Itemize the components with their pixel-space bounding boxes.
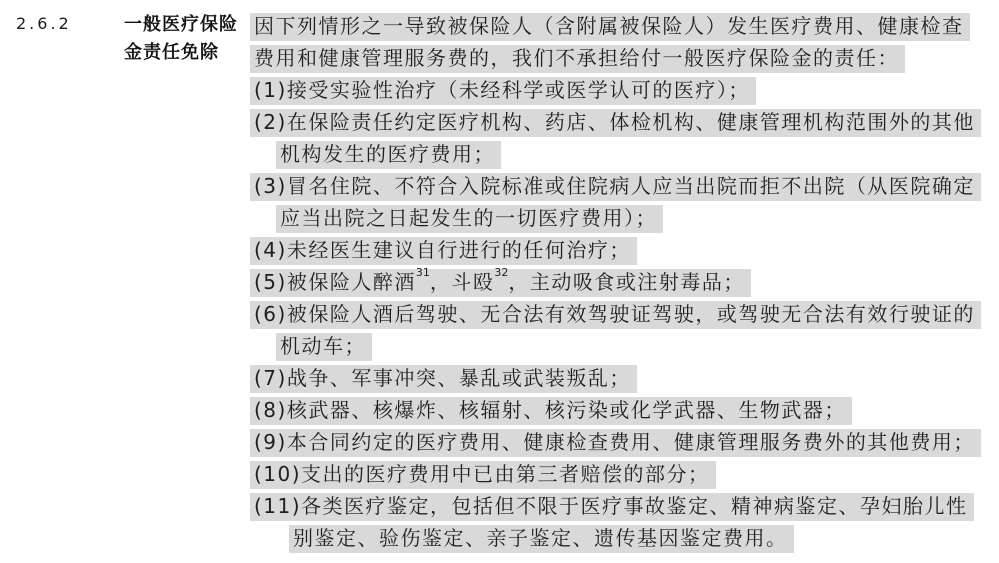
footnote-reference: 31 — [416, 266, 430, 279]
highlighted-clause-text: (5)被保险人醉酒31，斗殴32，主动吸食或注射毒品； — [250, 269, 751, 297]
body-line: 别鉴定、验伤鉴定、亲子鉴定、遗传基因鉴定费用。 — [250, 525, 995, 557]
section-title: 一般医疗保险 金责任免除 — [124, 11, 238, 67]
highlighted-clause-text: 应当出院之日起发生的一切医疗费用）； — [276, 205, 663, 233]
highlighted-clause-text: (4)未经医生建议自行进行的任何治疗； — [250, 237, 637, 265]
highlighted-clause-text: (7)战争、军事冲突、暴乱或武装叛乱； — [250, 365, 637, 393]
body-line: (4)未经医生建议自行进行的任何治疗； — [250, 237, 995, 269]
body-line: 费用和健康管理服务费的，我们不承担给付一般医疗保险金的责任： — [250, 45, 995, 77]
body-line: (6)被保险人酒后驾驶、无合法有效驾驶证驾驶，或驾驶无合法有效行驶证的 — [250, 301, 995, 333]
body-line: (1)接受实验性治疗（未经科学或医学认可的医疗）； — [250, 77, 995, 109]
highlighted-clause-text: (9)本合同约定的医疗费用、健康检查费用、健康管理服务费外的其他费用； — [250, 429, 981, 457]
section-title-line-1: 一般医疗保险 — [124, 11, 238, 39]
footnote-reference: 32 — [494, 266, 508, 279]
body-line: (10)支出的医疗费用中已由第三者赔偿的部分； — [250, 461, 995, 493]
body-line: (3)冒名住院、不符合入院标准或住院病人应当出院而拒不出院（从医院确定 — [250, 173, 995, 205]
highlighted-clause-text: (10)支出的医疗费用中已由第三者赔偿的部分； — [250, 461, 716, 489]
document-page: 2.6.2 一般医疗保险 金责任免除 因下列情形之一导致被保险人（含附属被保险人… — [0, 0, 999, 563]
clause-body: 因下列情形之一导致被保险人（含附属被保险人）发生医疗费用、健康检查费用和健康管理… — [250, 13, 995, 557]
section-title-line-2: 金责任免除 — [124, 39, 238, 67]
highlighted-clause-text: (3)冒名住院、不符合入院标准或住院病人应当出院而拒不出院（从医院确定 — [250, 173, 981, 201]
body-line: (7)战争、军事冲突、暴乱或武装叛乱； — [250, 365, 995, 397]
highlighted-clause-text: (11)各类医疗鉴定，包括但不限于医疗事故鉴定、精神病鉴定、孕妇胎儿性 — [250, 493, 974, 521]
section-number: 2.6.2 — [16, 14, 72, 33]
body-line: (9)本合同约定的医疗费用、健康检查费用、健康管理服务费外的其他费用； — [250, 429, 995, 461]
highlighted-clause-text: 机动车； — [276, 333, 372, 361]
body-line: 机构发生的医疗费用； — [250, 141, 995, 173]
body-line: 应当出院之日起发生的一切医疗费用）； — [250, 205, 995, 237]
highlighted-clause-text: 别鉴定、验伤鉴定、亲子鉴定、遗传基因鉴定费用。 — [289, 525, 794, 553]
highlighted-clause-text: (8)核武器、核爆炸、核辐射、核污染或化学武器、生物武器； — [250, 397, 852, 425]
body-line: (5)被保险人醉酒31，斗殴32，主动吸食或注射毒品； — [250, 269, 995, 301]
body-line: (11)各类医疗鉴定，包括但不限于医疗事故鉴定、精神病鉴定、孕妇胎儿性 — [250, 493, 995, 525]
highlighted-clause-text: (1)接受实验性治疗（未经科学或医学认可的医疗）； — [250, 77, 756, 105]
body-line: (8)核武器、核爆炸、核辐射、核污染或化学武器、生物武器； — [250, 397, 995, 429]
highlighted-clause-text: (6)被保险人酒后驾驶、无合法有效驾驶证驾驶，或驾驶无合法有效行驶证的 — [250, 301, 981, 329]
body-line: 因下列情形之一导致被保险人（含附属被保险人）发生医疗费用、健康检查 — [250, 13, 995, 45]
body-line: (2)在保险责任约定医疗机构、药店、体检机构、健康管理机构范围外的其他 — [250, 109, 995, 141]
highlighted-clause-text: (2)在保险责任约定医疗机构、药店、体检机构、健康管理机构范围外的其他 — [250, 109, 981, 137]
highlighted-clause-text: 因下列情形之一导致被保险人（含附属被保险人）发生医疗费用、健康检查 — [250, 13, 970, 41]
highlighted-clause-text: 机构发生的医疗费用； — [276, 141, 501, 169]
highlighted-clause-text: 费用和健康管理服务费的，我们不承担给付一般医疗保险金的责任： — [250, 45, 905, 73]
body-line: 机动车； — [250, 333, 995, 365]
